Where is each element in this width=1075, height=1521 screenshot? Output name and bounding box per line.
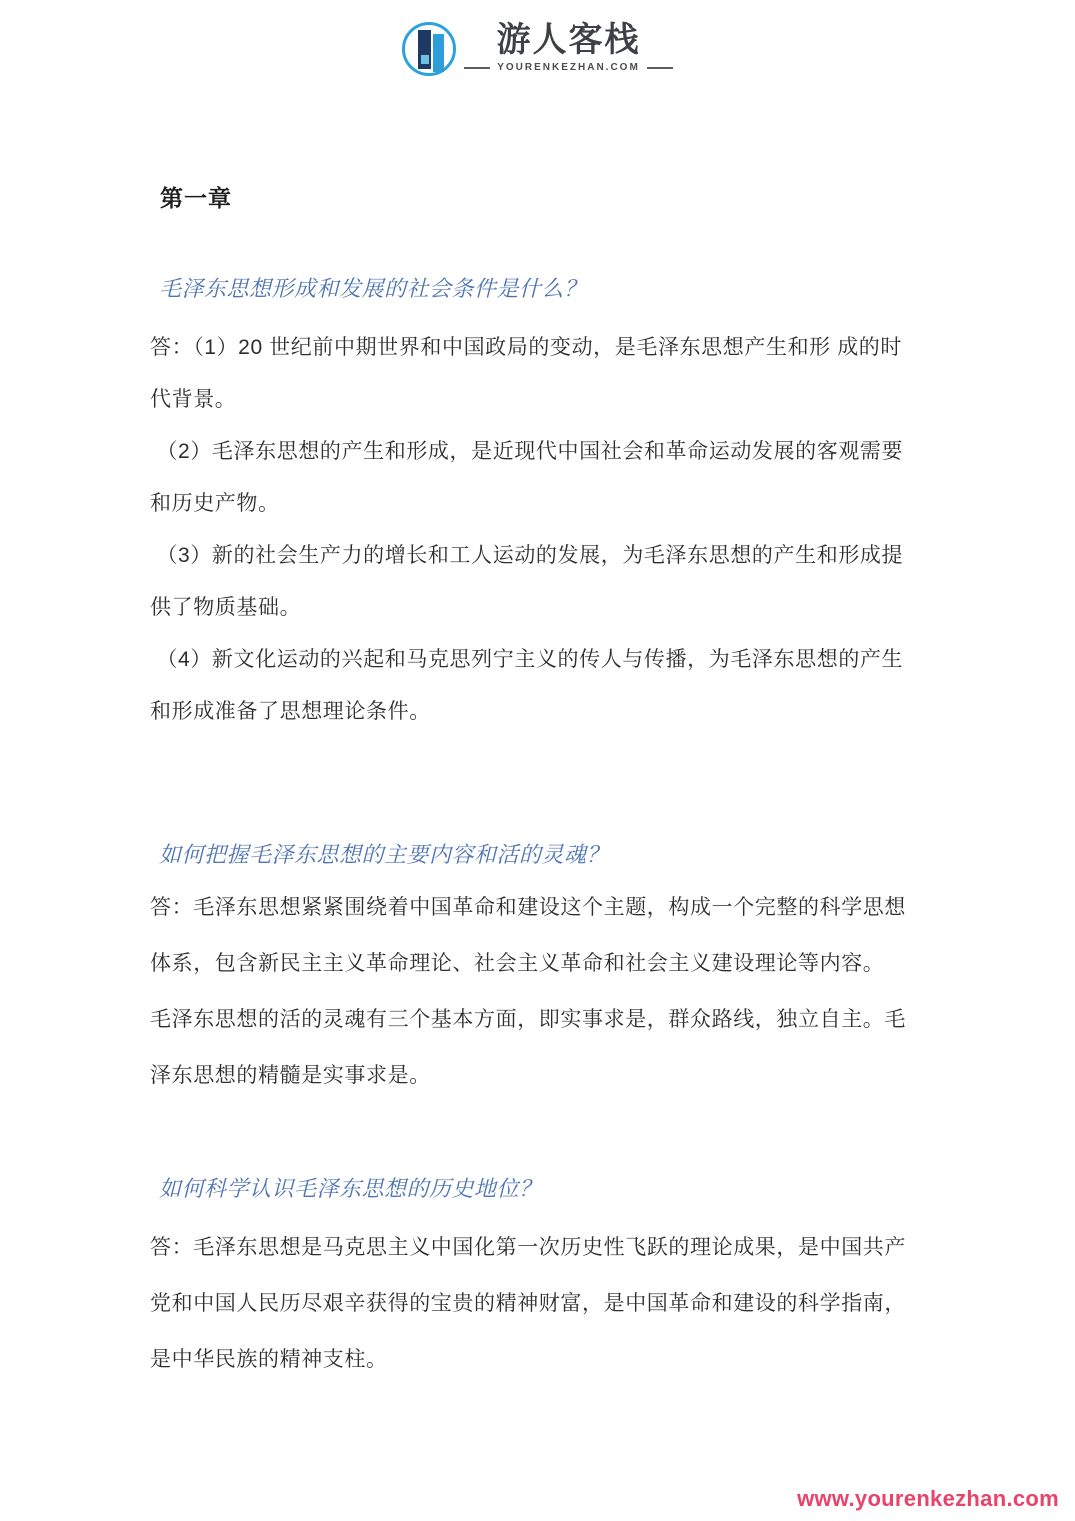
logo-text-column: 游人客栈 YOURENKEZHAN.COM: [464, 22, 673, 73]
answer-line: 供了物质基础。: [150, 582, 960, 634]
building-logo-icon: [402, 22, 456, 76]
answer-line: 和历史产物。: [150, 478, 960, 530]
logo-building-notch: [421, 55, 429, 64]
answer-3: 答：毛泽东思想是马克思主义中国化第一次历史性飞跃的理论成果，是中国共产 党和中国…: [150, 1220, 960, 1388]
answer-line: 毛泽东思想的活的灵魂有三个基本方面，即实事求是，群众路线，独立自主。毛: [150, 992, 960, 1048]
answer-line: 代背景。: [150, 374, 960, 426]
answer-line: 是中华民族的精神支柱。: [150, 1332, 960, 1388]
answer-line: （3）新的社会生产力的增长和工人运动的发展，为毛泽东思想的产生和形成提: [150, 530, 960, 582]
answer-1: 答：（1）20 世纪前中期世界和中国政局的变动，是毛泽东思想产生和形 成的时 代…: [150, 322, 960, 738]
brand-tagline: YOURENKEZHAN.COM: [464, 62, 673, 73]
answer-line: 党和中国人民历尽艰辛获得的宝贵的精神财富，是中国革命和建设的科学指南，: [150, 1276, 960, 1332]
document-page: 游人客栈 YOURENKEZHAN.COM 第一章 毛泽东思想形成和发展的社会条…: [0, 0, 1075, 1521]
chapter-title: 第一章: [160, 180, 232, 213]
answer-line: 答：毛泽东思想是马克思主义中国化第一次历史性飞跃的理论成果，是中国共产: [150, 1220, 960, 1276]
answer-line: 答：（1）20 世纪前中期世界和中国政局的变动，是毛泽东思想产生和形 成的时: [150, 322, 960, 374]
answer-line: 答：毛泽东思想紧紧围绕着中国革命和建设这个主题，构成一个完整的科学思想: [150, 880, 960, 936]
question-2: 如何把握毛泽东思想的主要内容和活的灵魂？: [159, 838, 609, 869]
site-logo: 游人客栈 YOURENKEZHAN.COM: [0, 22, 1075, 76]
tagline-rule-left: [464, 67, 490, 69]
tagline-rule-right: [647, 67, 673, 69]
answer-line: （2）毛泽东思想的产生和形成，是近现代中国社会和革命运动发展的客观需要: [150, 426, 960, 478]
question-1: 毛泽东思想形成和发展的社会条件是什么？: [159, 272, 587, 303]
brand-name: 游人客栈: [497, 22, 641, 59]
answer-2: 答：毛泽东思想紧紧围绕着中国革命和建设这个主题，构成一个完整的科学思想 体系，包…: [150, 880, 960, 1104]
question-3: 如何科学认识毛泽东思想的历史地位？: [159, 1172, 542, 1203]
tagline-text: YOURENKEZHAN.COM: [497, 62, 640, 73]
answer-line: 泽东思想的精髓是实事求是。: [150, 1048, 960, 1104]
answer-line: （4）新文化运动的兴起和马克思列宁主义的传人与传播，为毛泽东思想的产生: [150, 634, 960, 686]
logo-building-light: [433, 34, 444, 72]
watermark-url: www.yourenkezhan.com: [797, 1486, 1059, 1512]
answer-line: 和形成准备了思想理论条件。: [150, 686, 960, 738]
answer-line: 体系，包含新民主主义革命理论、社会主义革命和社会主义建设理论等内容。: [150, 936, 960, 992]
